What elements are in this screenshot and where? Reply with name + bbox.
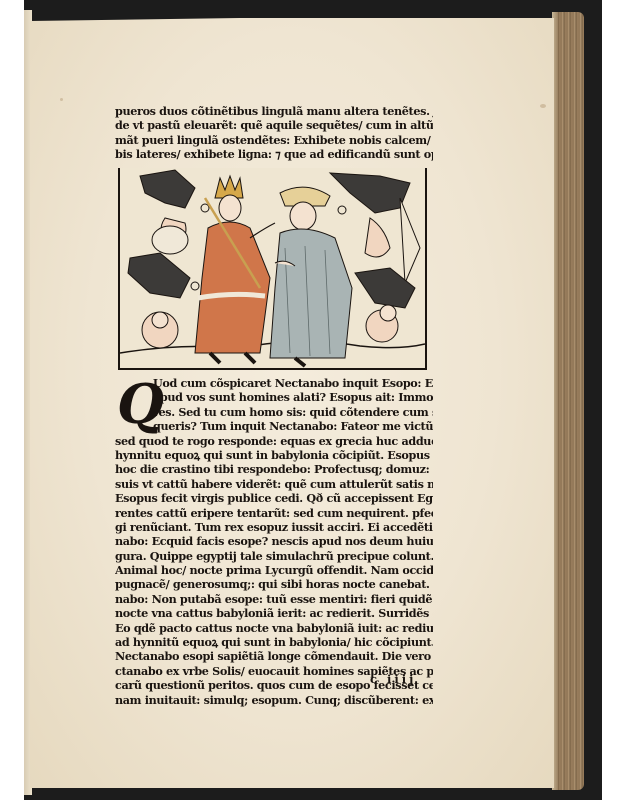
text-line: nam inuitauit: simulq; esopum. Cunq; dis…: [115, 693, 433, 707]
text-line: nabo: Non putabã esope: tuũ esse mentiri…: [115, 592, 433, 606]
text-line: rentes cattũ eripere tentarũt: sed cum n…: [115, 506, 433, 520]
text-line: nocte vna cattus babyloniã ierit: ac red…: [115, 606, 433, 620]
text-line: mãt pueri lingulã ostendẽtes: Exhibete n…: [115, 133, 433, 147]
text-line: pugnacẽ/ generosumq;: qui sibi horas noc…: [115, 577, 433, 591]
text-line: de vt pastũ eleuarẽt: quẽ aquile sequẽte…: [115, 118, 433, 132]
aesop: [270, 187, 352, 366]
text-line: ad hynnitũ equoꝝ qui sunt in babylonia/ …: [115, 635, 433, 649]
text-line: nabo: Ecquid facis esope? nescis apud no…: [115, 534, 433, 548]
signature-mark: c iiij: [370, 672, 416, 686]
text-line: Esopus fecit virgis publice cedi. Qð cũ …: [115, 491, 433, 505]
top-text-block: pueros duos cõtinẽtibus lingulã manu alt…: [115, 104, 433, 162]
text-line: gura. Quippe egyptij tale simulachrũ pre…: [115, 549, 433, 563]
text-line: hoc die crastino tibi respondebo: Profec…: [115, 462, 433, 476]
decorated-initial: Q: [117, 378, 153, 430]
paper-stain: [540, 104, 546, 108]
page-edges-stack: [552, 12, 584, 790]
paper-stain: [60, 98, 63, 101]
text-line: bis lateres/ exhibete ligna: ⁊ que ad ed…: [115, 147, 433, 161]
text-line: gi renũciant. Tum rex esopuz iussit acci…: [115, 520, 433, 534]
text-line: Animal hoc/ nocte prima Lycurgũ offendit…: [115, 563, 433, 577]
woodcut-illustration: [118, 168, 427, 370]
text-line: suis vt cattũ habere viderẽt: quẽ cum at…: [115, 477, 433, 491]
text-line: pueros duos cõtinẽtibus lingulã manu alt…: [115, 104, 433, 118]
text-line: hynnitu equoꝝ qui sunt in babylonia cõci…: [115, 448, 433, 462]
main-text-block: Q Uod cum cõspicaret Nectanabo inquit Es…: [115, 376, 433, 707]
eagle-left-bottom: [128, 253, 199, 348]
text-line: Nectanabo esopi sapiẽtiã longe cõmendaui…: [115, 649, 433, 663]
woodcut-image: [120, 168, 425, 368]
text-line: Eo qdẽ pacto cattus nocte vna babyloniã …: [115, 621, 433, 635]
eagle-left-top: [140, 170, 209, 254]
